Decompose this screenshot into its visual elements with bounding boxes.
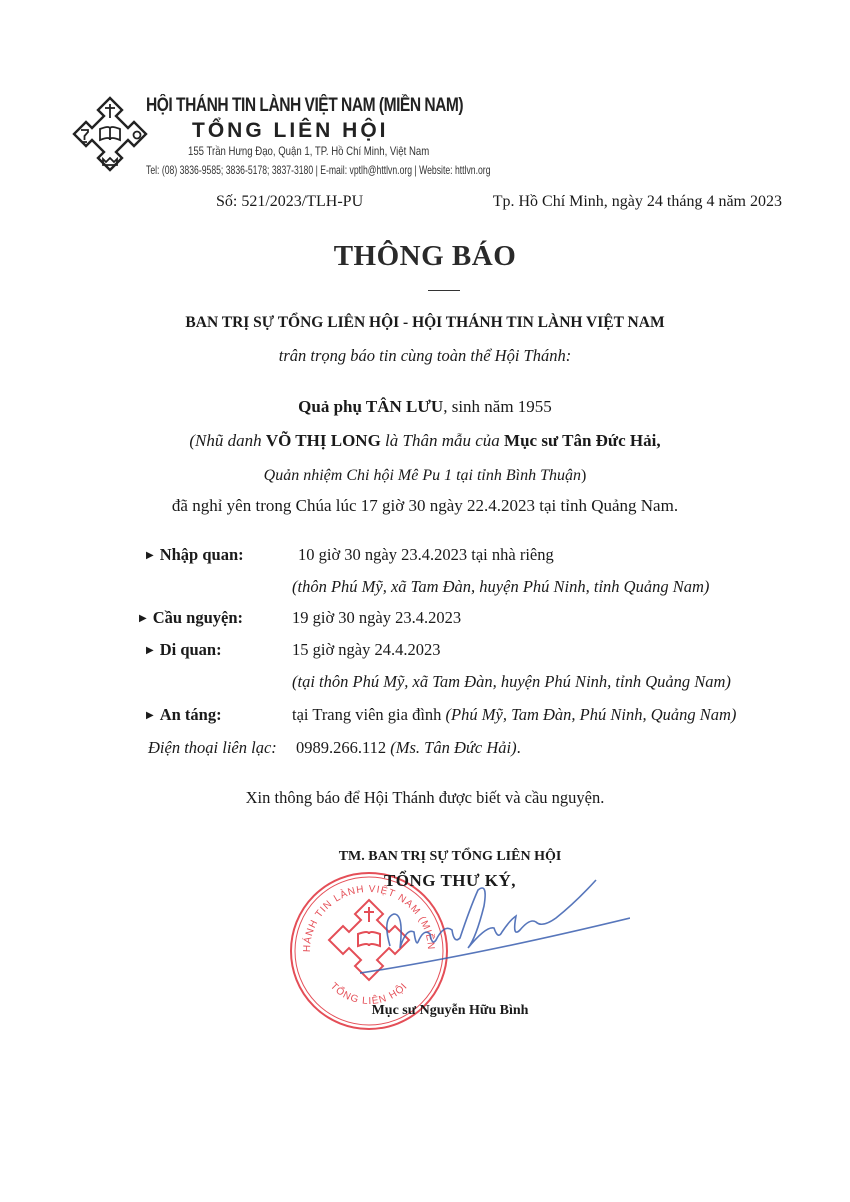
schedule-row-label-3: ▶An táng: <box>146 705 222 725</box>
bullet-icon: ▶ <box>139 613 147 624</box>
schedule-value: 15 giờ ngày 24.4.2023 <box>292 640 441 660</box>
deceased-line: Quả phụ TÂN LƯU, sinh năm 1955 <box>0 397 850 417</box>
phone-label: Điện thoại liên lạc: <box>148 738 277 758</box>
phone-number: 0989.266.112 <box>296 738 390 757</box>
schedule-note: (tại thôn Phú Mỹ, xã Tam Đàn, huyện Phú … <box>292 672 731 692</box>
pastorate-line: Quản nhiệm Chi hội Mê Pu 1 tại tỉnh Bình… <box>0 467 850 485</box>
relation-text: là Thân mẫu của <box>381 431 504 450</box>
burial-place: tại Trang viên gia đình <box>292 705 446 724</box>
signature-org: TM. BAN TRỊ SỰ TỔNG LIÊN HỘI <box>0 849 850 865</box>
bullet-icon: ▶ <box>146 645 154 656</box>
title-divider <box>428 290 460 291</box>
closing-line: Xin thông báo để Hội Thánh được biết và … <box>0 788 850 808</box>
schedule-value: 19 giờ 30 ngày 23.4.2023 <box>292 608 461 628</box>
schedule-row-label-0: ▶Nhập quan: <box>146 545 244 565</box>
phone-tail: . <box>517 738 521 757</box>
bullet-icon: ▶ <box>146 550 154 561</box>
document-date: Tp. Hồ Chí Minh, ngày 24 tháng 4 năm 202… <box>493 193 782 211</box>
schedule-value: tại Trang viên gia đình (Phú Mỹ, Tam Đàn… <box>292 705 736 725</box>
signatory-name: Mục sư Nguyễn Hữu Bình <box>0 1003 850 1019</box>
schedule-note: (thôn Phú Mỹ, xã Tam Đàn, huyện Phú Ninh… <box>292 577 709 597</box>
pastorate-text: Quản nhiệm Chi hội Mê Pu 1 tại tỉnh Bình… <box>264 467 581 484</box>
schedule-row-label-2: ▶Di quan: <box>146 640 222 660</box>
church-cross-logo-icon <box>72 96 148 184</box>
page-title: THÔNG BÁO <box>0 240 850 273</box>
schedule-label: Nhập quan: <box>160 545 244 564</box>
phone-contact-name: (Ms. Tân Đức Hải) <box>390 738 516 757</box>
org-subtitle: TỔNG LIÊN HỘI <box>192 119 389 143</box>
handwritten-signature <box>360 868 630 998</box>
schedule-label: An táng: <box>160 705 222 724</box>
pastorate-close: ) <box>581 467 586 484</box>
org-name: HỘI THÁNH TIN LÀNH VIỆT NAM (MIỀN NAM) <box>146 95 463 117</box>
maiden-prefix: (Nhũ danh <box>189 431 266 450</box>
schedule-value: 10 giờ 30 ngày 23.4.2023 tại nhà riêng <box>298 545 554 565</box>
document-number: Số: 521/2023/TLH-PU <box>216 193 363 211</box>
schedule-label: Cầu nguyện: <box>153 608 243 627</box>
schedule-row-label-1: ▶Cầu nguyện: <box>139 608 243 628</box>
issuer: BAN TRỊ SỰ TỔNG LIÊN HỘI - HỘI THÁNH TIN… <box>0 314 850 332</box>
passed-line: đã nghỉ yên trong Chúa lúc 17 giờ 30 ngà… <box>0 496 850 516</box>
org-address: 155 Trần Hưng Đạo, Quận 1, TP. Hồ Chí Mi… <box>188 144 429 158</box>
deceased-name: Quả phụ TÂN LƯU <box>298 397 443 416</box>
org-contact: Tel: (08) 3836-9585; 3836-5178; 3837-318… <box>146 163 490 177</box>
schedule-label: Di quan: <box>160 640 222 659</box>
phone-value: 0989.266.112 (Ms. Tân Đức Hải). <box>296 738 521 758</box>
bullet-icon: ▶ <box>146 710 154 721</box>
son-name: Mục sư Tân Đức Hải, <box>504 431 661 450</box>
deceased-birth: , sinh năm 1955 <box>443 397 552 416</box>
intro-line: trân trọng báo tin cùng toàn thể Hội Thá… <box>0 346 850 366</box>
burial-address: (Phú Mỹ, Tam Đàn, Phú Ninh, Quảng Nam) <box>446 705 737 724</box>
maiden-name: VÕ THỊ LONG <box>266 431 381 450</box>
maiden-line: (Nhũ danh VÕ THỊ LONG là Thân mẫu của Mụ… <box>0 431 850 451</box>
